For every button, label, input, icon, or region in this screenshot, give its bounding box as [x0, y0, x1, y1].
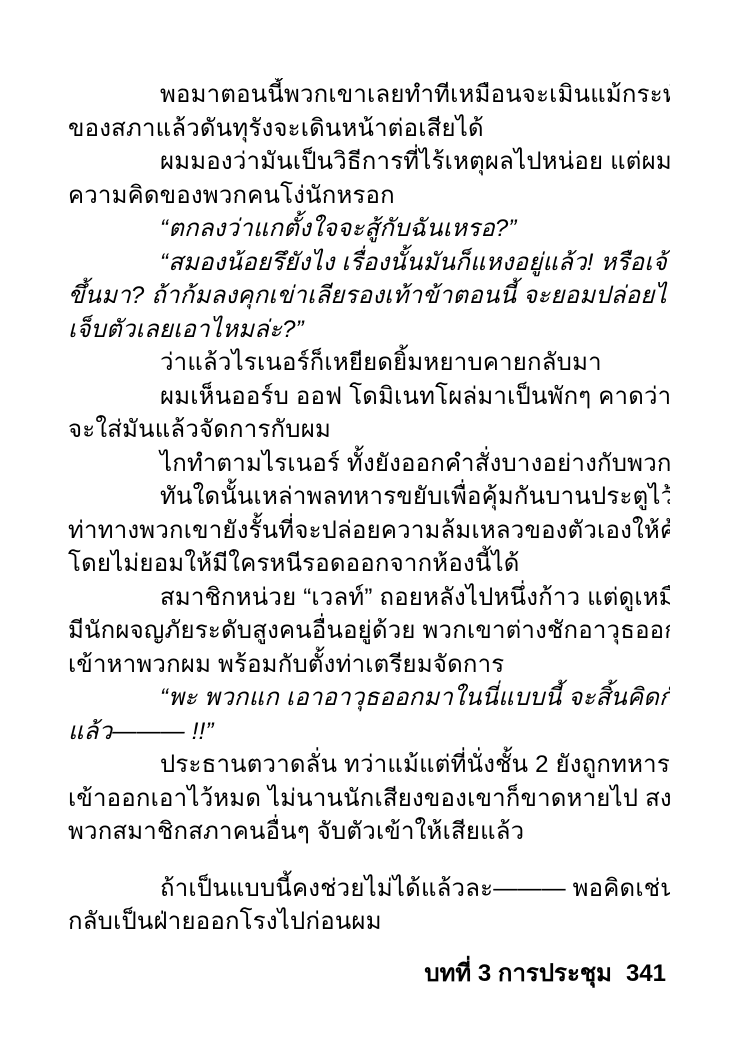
text-line: จะใส่มันแล้วจัดการกับผม [68, 413, 670, 447]
paragraph: ไกทำตามไรเนอร์ ทั้งยังออกคำสั่งบางอย่างก… [68, 447, 670, 481]
text-line: “สมองน้อยรึยังไง เรื่องนั้นมันก็แหงอยู่แ… [68, 246, 670, 280]
text-line: พอมาตอนนี้พวกเขาเลยทำทีเหมือนจะเมินแม้กร… [68, 78, 670, 112]
text-line: สมาชิกหน่วย “เวลท์” ถอยหลังไปหนึ่งก้าว แ… [68, 581, 670, 615]
chapter-title: บทที่ 3 การประชุม [424, 960, 612, 987]
text-line: ประธานตวาดลั่น ทว่าแม้แต่ที่นั่งชั้น 2 ย… [68, 748, 670, 782]
text-line: ท่าทางพวกเขายังรั้นที่จะปล่อยความล้มเหลว… [68, 514, 670, 548]
paragraph-spacer [68, 849, 670, 872]
text-line: มีนักผจญภัยระดับสูงคนอื่นอยู่ด้วย พวกเขา… [68, 614, 670, 648]
paragraph-dialogue: “พะ พวกแก เอาอาวุธออกมาในนี่แบบนี้ จะสิ้… [68, 681, 670, 748]
page-footer: บทที่ 3 การประชุม341 [424, 953, 666, 992]
text-line: ขึ้นมา? ถ้าก้มลงคุกเข่าเลียรองเท้าข้าตอน… [68, 279, 670, 313]
text-line: โดยไม่ยอมให้มีใครหนีรอดออกจากห้องนี้ได้ [68, 547, 670, 581]
text-line: พวกสมาชิกสภาคนอื่นๆ จับตัวเข้าให้เสียแล้… [68, 815, 670, 849]
page-number: 341 [626, 960, 666, 987]
book-page: พอมาตอนนี้พวกเขาเลยทำทีเหมือนจะเมินแม้กร… [0, 0, 738, 1051]
text-line: เข้าหาพวกผม พร้อมกับตั้งท่าเตรียมจัดการ [68, 648, 670, 682]
text-line: ความคิดของพวกคนโง่นักหรอก [68, 179, 670, 213]
text-line: ไกทำตามไรเนอร์ ทั้งยังออกคำสั่งบางอย่างก… [68, 447, 670, 481]
text-line: กลับเป็นฝ่ายออกโรงไปก่อนผม [68, 905, 670, 939]
text-line: ทันใดนั้นเหล่าพลทหารขยับเพื่อคุ้มกันบานป… [68, 480, 670, 514]
text-line: เข้าออกเอาไว้หมด ไม่นานนักเสียงของเขาก็ข… [68, 782, 670, 816]
paragraph: สมาชิกหน่วย “เวลท์” ถอยหลังไปหนึ่งก้าว แ… [68, 581, 670, 682]
paragraph: ประธานตวาดลั่น ทว่าแม้แต่ที่นั่งชั้น 2 ย… [68, 748, 670, 849]
paragraph-dialogue: “สมองน้อยรึยังไง เรื่องนั้นมันก็แหงอยู่แ… [68, 246, 670, 347]
paragraph: ผมมองว่ามันเป็นวิธีการที่ไร้เหตุผลไปหน่อ… [68, 145, 670, 212]
text-line: แล้ว——— !!” [68, 715, 670, 749]
paragraph: ว่าแล้วไรเนอร์ก็เหยียดยิ้มหยาบคายกลับมา [68, 346, 670, 380]
text-line: ผมเห็นออร์บ ออฟ โดมิเนทโผล่มาเป็นพักๆ คา… [68, 380, 670, 414]
text-line: ของสภาแล้วดันทุรังจะเดินหน้าต่อเสียได้ [68, 112, 670, 146]
text-line: “ตกลงว่าแกตั้งใจจะสู้กับฉันเหรอ?” [68, 212, 670, 246]
text-line: ถ้าเป็นแบบนี้คงช่วยไม่ได้แล้วละ——— พอคิด… [68, 872, 670, 906]
paragraph-dialogue: “ตกลงว่าแกตั้งใจจะสู้กับฉันเหรอ?” [68, 212, 670, 246]
text-line: ว่าแล้วไรเนอร์ก็เหยียดยิ้มหยาบคายกลับมา [68, 346, 670, 380]
paragraph: ทันใดนั้นเหล่าพลทหารขยับเพื่อคุ้มกันบานป… [68, 480, 670, 581]
text-line: “พะ พวกแก เอาอาวุธออกมาในนี่แบบนี้ จะสิ้… [68, 681, 670, 715]
paragraph: ผมเห็นออร์บ ออฟ โดมิเนทโผล่มาเป็นพักๆ คา… [68, 380, 670, 447]
page-body-text: พอมาตอนนี้พวกเขาเลยทำทีเหมือนจะเมินแม้กร… [68, 78, 670, 939]
paragraph: พอมาตอนนี้พวกเขาเลยทำทีเหมือนจะเมินแม้กร… [68, 78, 670, 145]
text-line: ผมมองว่ามันเป็นวิธีการที่ไร้เหตุผลไปหน่อ… [68, 145, 670, 179]
text-line: เจ็บตัวเลยเอาไหมล่ะ?” [68, 313, 670, 347]
paragraph: ถ้าเป็นแบบนี้คงช่วยไม่ได้แล้วละ——— พอคิด… [68, 872, 670, 939]
